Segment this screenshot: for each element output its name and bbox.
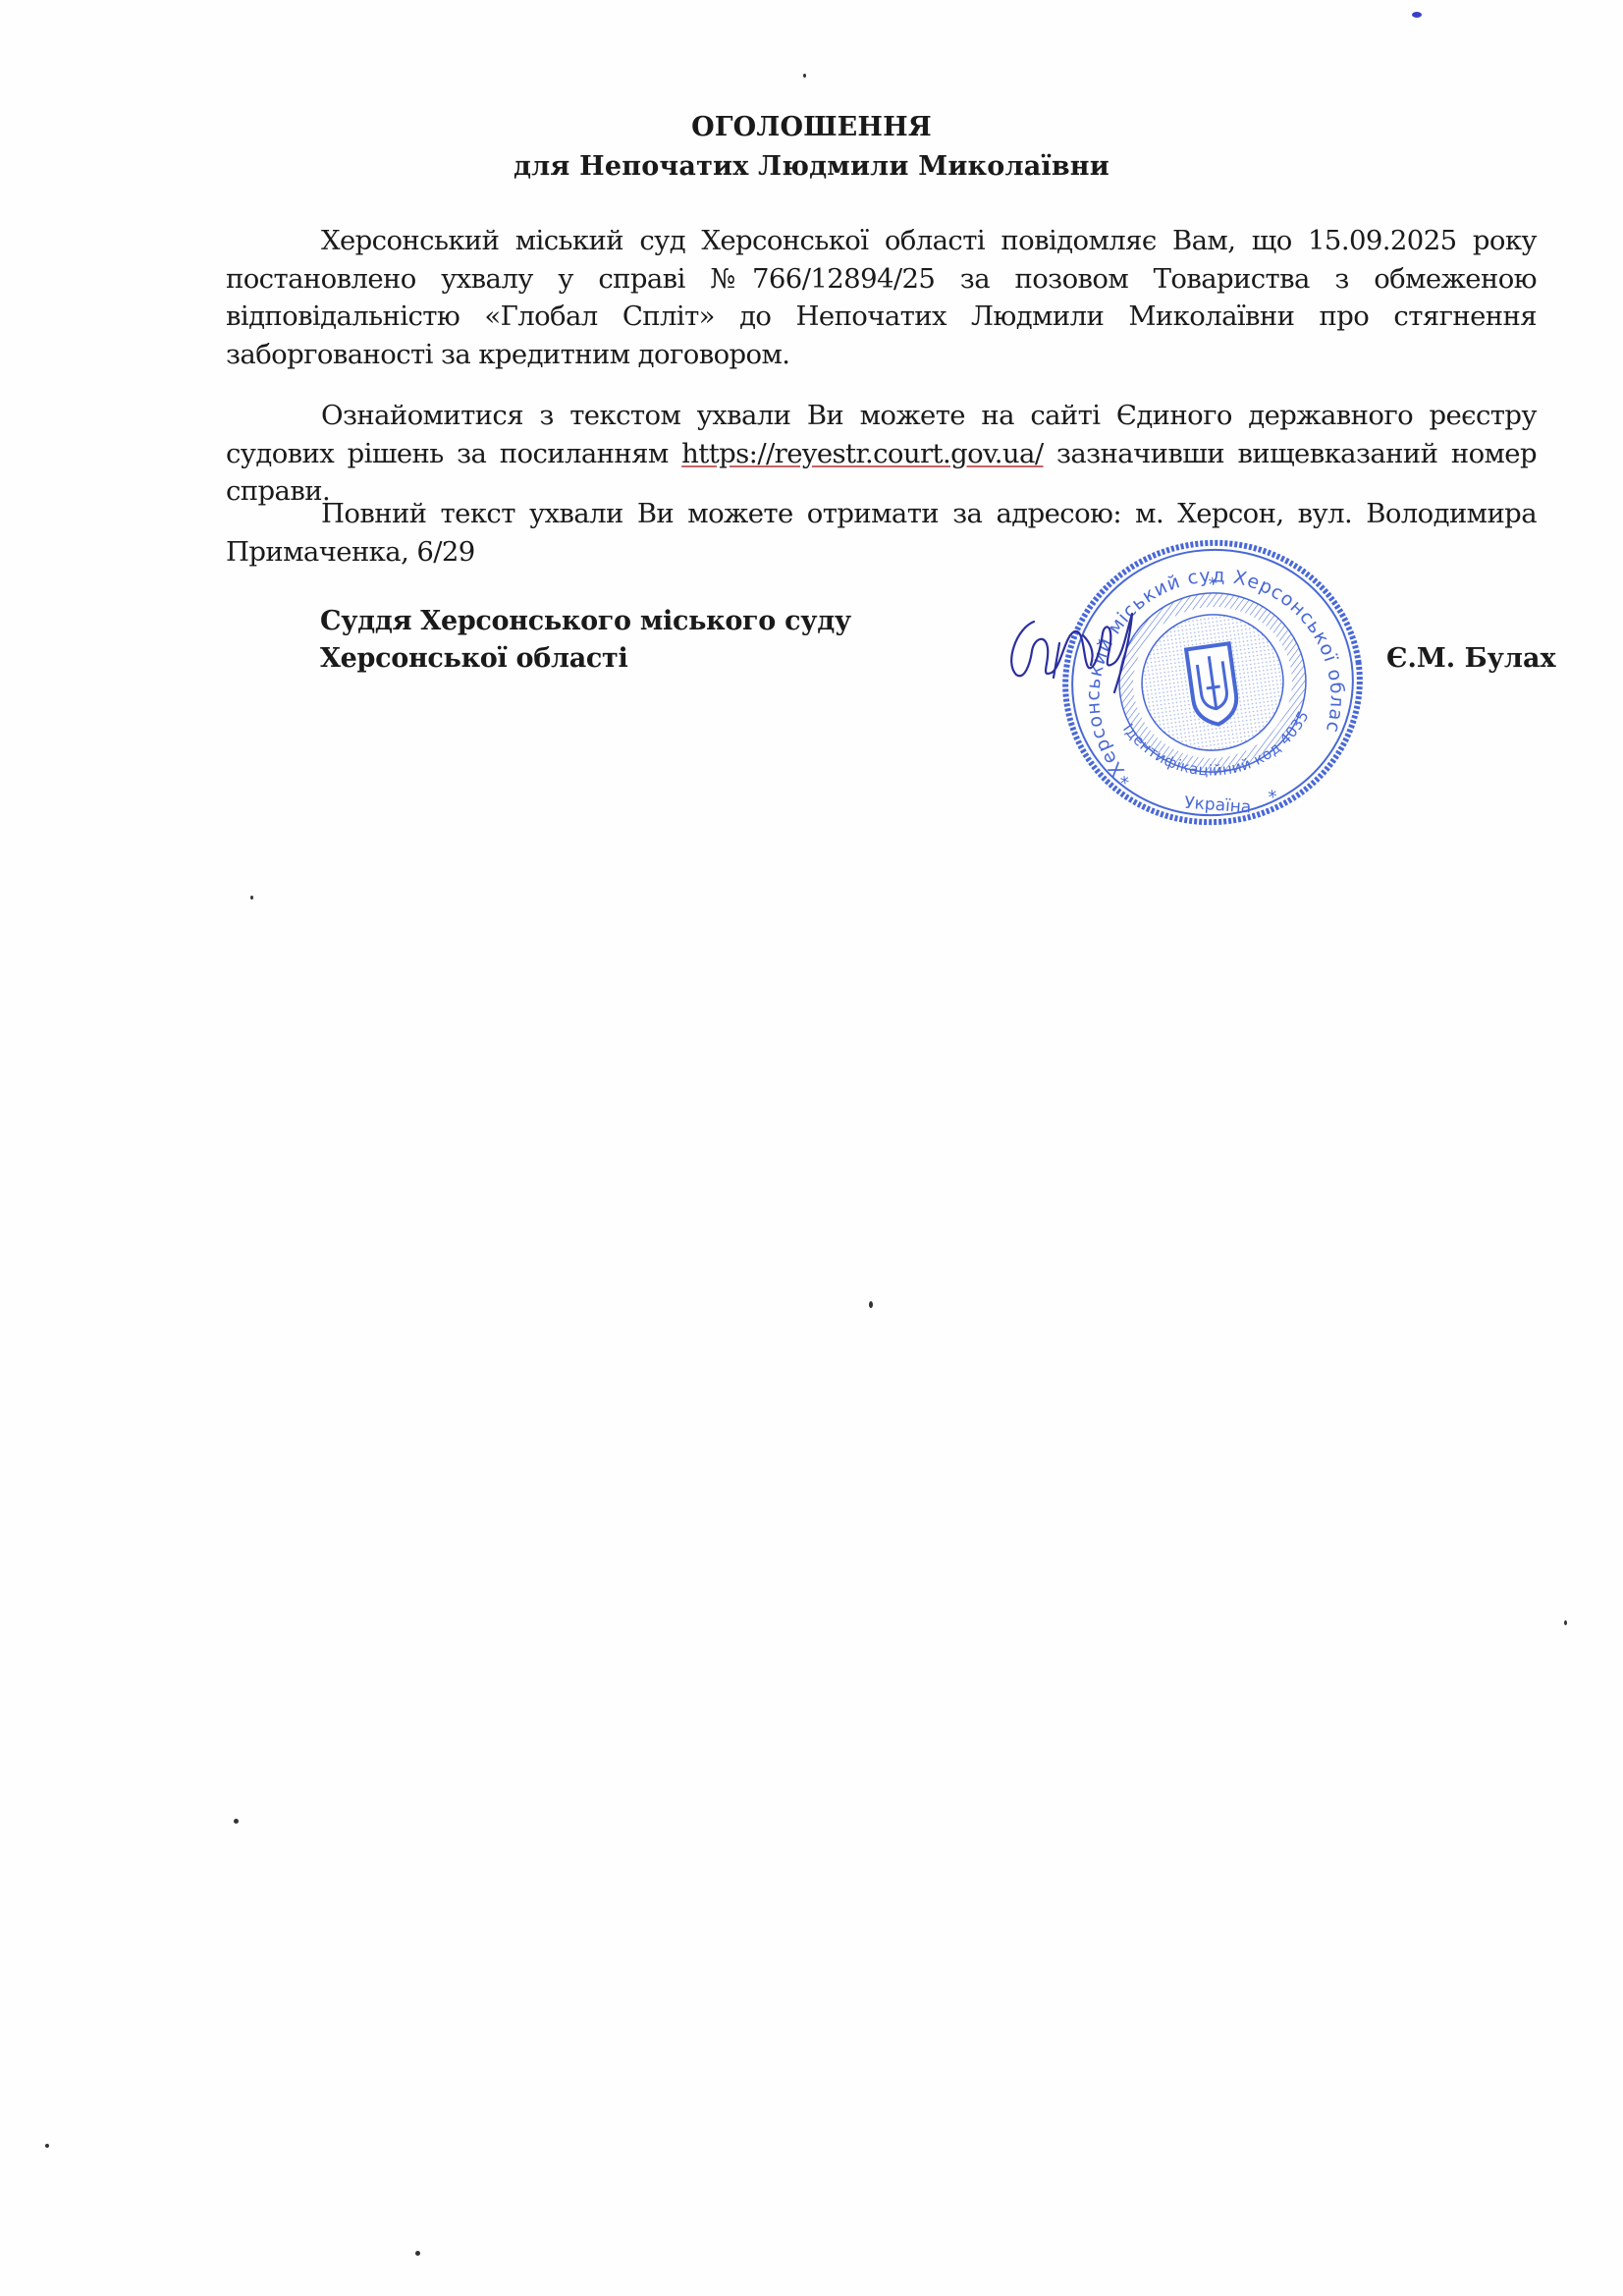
scan-artifact [869, 1301, 873, 1308]
document-addressee: для Непочатих Людмили Миколаївни [0, 147, 1623, 187]
document-page: ОГОЛОШЕННЯ для Непочатих Людмили Миколаї… [0, 0, 1623, 2296]
judge-position: Суддя Херсонського міського суду Херсонс… [320, 603, 851, 678]
scan-artifact [1564, 1620, 1567, 1625]
scan-artifact [803, 74, 806, 78]
paragraph-notice: Херсонський міський суд Херсонської обла… [226, 222, 1537, 373]
registry-link[interactable]: https://reyestr.court.gov.ua/ [681, 438, 1043, 469]
title-block: ОГОЛОШЕННЯ для Непочатих Людмили Миколаї… [0, 108, 1623, 187]
paragraph-notice-text: Херсонський міський суд Херсонської обла… [226, 222, 1537, 373]
scan-artifact [415, 2251, 420, 2256]
judge-position-line2: Херсонської області [320, 640, 851, 678]
handwritten-signature [997, 594, 1154, 702]
paragraph-registry: Ознайомитися з текстом ухвали Ви можете … [226, 397, 1537, 511]
scan-artifact [1412, 12, 1422, 18]
paragraph-registry-text: Ознайомитися з текстом ухвали Ви можете … [226, 397, 1537, 511]
seal-star-right: * [1267, 787, 1278, 808]
scan-artifact [234, 1819, 239, 1824]
scan-artifact [250, 896, 253, 900]
judge-position-line1: Суддя Херсонського міського суду [320, 603, 851, 640]
judge-name: Є.М. Булах [1386, 640, 1556, 678]
scan-artifact [45, 2144, 49, 2148]
document-heading: ОГОЛОШЕННЯ [0, 108, 1623, 147]
seal-star-left: * [1119, 773, 1131, 794]
